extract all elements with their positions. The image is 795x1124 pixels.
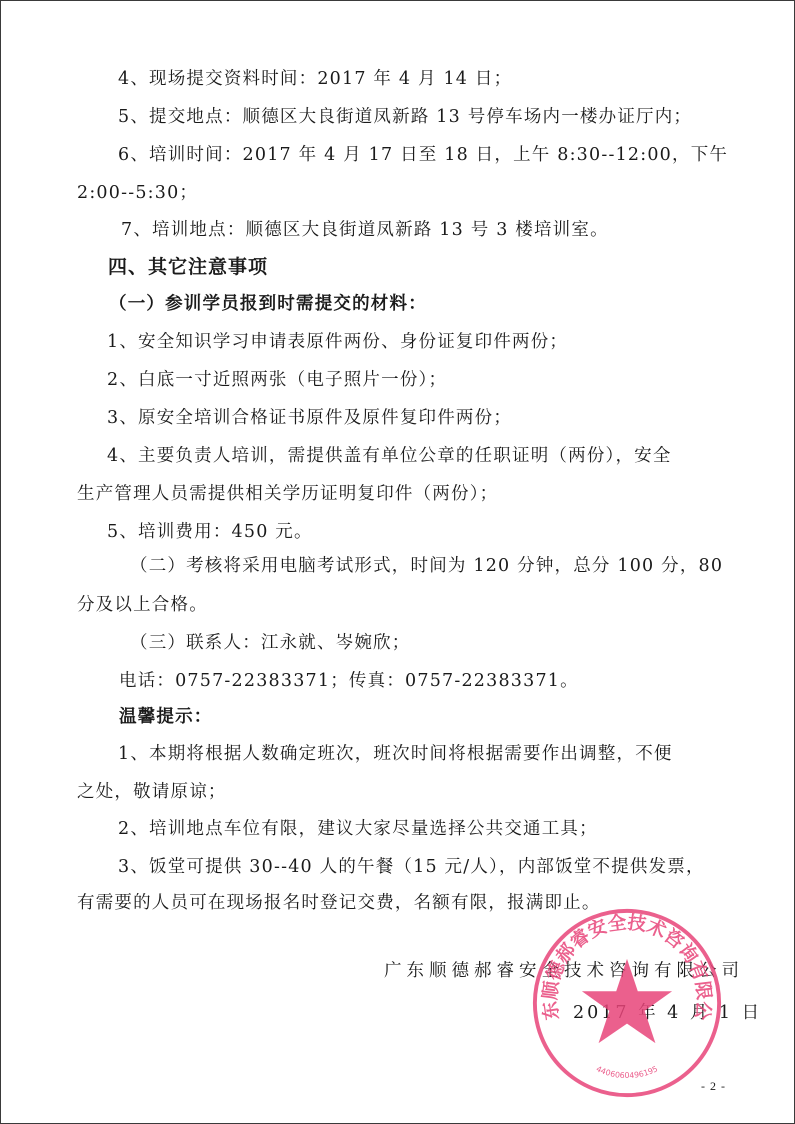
- svg-text:4406060496195: 4406060496195: [595, 1064, 659, 1080]
- subsection-2-line-2: 分及以上合格。: [77, 593, 208, 617]
- subsection-2-line-1: （二）考核将采用电脑考试形式，时间为 120 分钟，总分 100 分，80: [130, 554, 723, 578]
- material-item-5: 5、培训费用：450 元。: [107, 520, 313, 544]
- material-item-2: 2、白底一寸近照两张（电子照片一份）；: [107, 368, 447, 392]
- item-submit-location: 5、提交地点：顺德区大良街道凤新路 13 号停车场内一楼办证厅内；: [118, 105, 692, 129]
- tips-title: 温馨提示：: [119, 705, 213, 729]
- material-item-4-cont: 生产管理人员需提供相关学历证明复印件（两份）；: [77, 482, 498, 506]
- tip-1: 1、本期将根据人数确定班次，班次时间将根据需要作出调整，不便: [118, 742, 673, 766]
- item-training-time: 6、培训时间：2017 年 4 月 17 日至 18 日，上午 8:30--12…: [118, 143, 728, 167]
- tip-3: 3、饭堂可提供 30--40 人的午餐（15 元/人），内部饭堂不提供发票，: [118, 855, 705, 879]
- material-item-1: 1、安全知识学习申请表原件两份、身份证复印件两份；: [107, 330, 568, 354]
- item-training-location: 7、培训地点：顺德区大良街道凤新路 13 号 3 楼培训室。: [121, 218, 609, 242]
- signature-date: 2017 年 4 月 1 日: [573, 1001, 762, 1025]
- subsection-3-title: （三）联系人：江永就、岑婉欣；: [130, 631, 411, 655]
- tip-3-cont: 有需要的人员可在现场报名时登记交费，名额有限，报满即止。: [77, 891, 601, 915]
- subsection-1-title: （一）参训学员报到时需提交的材料：: [109, 292, 427, 316]
- tip-2: 2、培训地点车位有限，建议大家尽量选择公共交通工具；: [118, 817, 598, 841]
- tip-1-cont: 之处，敬请原谅；: [77, 780, 227, 804]
- material-item-3: 3、原安全培训合格证书原件及原件复印件两份；: [107, 406, 512, 430]
- page-number: - 2 -: [701, 1079, 726, 1094]
- item-submit-time: 4、现场提交资料时间：2017 年 4 月 14 日；: [118, 67, 512, 91]
- material-item-4: 4、主要负责人培训，需提供盖有单位公章的任职证明（两份），安全: [107, 444, 672, 468]
- stamp-number: 4406060496195: [595, 1064, 659, 1080]
- signature-company: 广东顺德郝睿安全技术咨询有限公司: [384, 959, 744, 983]
- item-training-time-cont: 2:00--5:30；: [77, 181, 198, 205]
- section-heading: 四、其它注意事项: [108, 255, 268, 279]
- contact-line: 电话：0757-22383371；传真：0757-22383371。: [119, 669, 579, 693]
- document-page: 4、现场提交资料时间：2017 年 4 月 14 日； 5、提交地点：顺德区大良…: [0, 0, 795, 1124]
